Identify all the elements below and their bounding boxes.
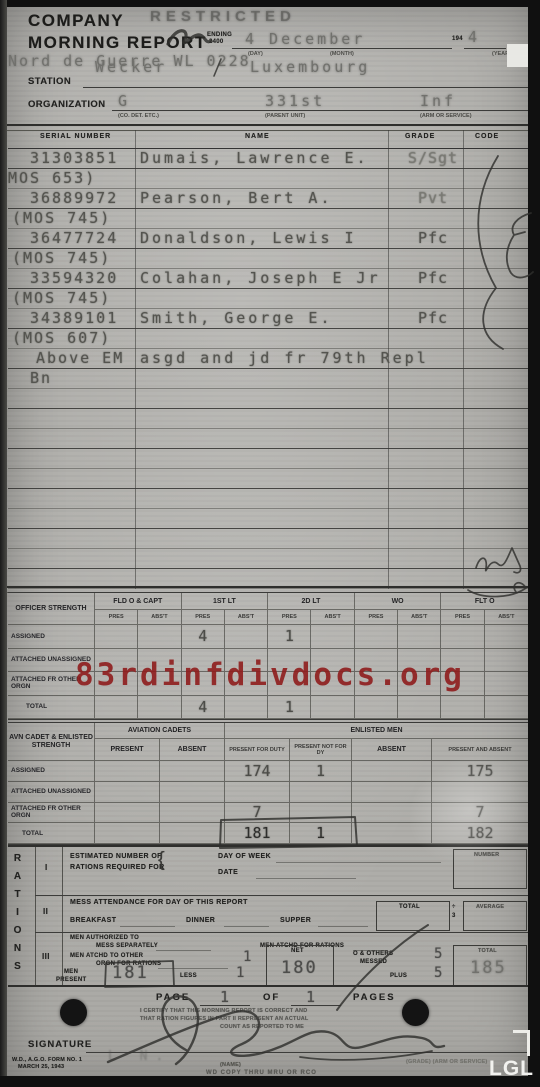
org-sublabel-2: (PARENT UNIT) — [265, 113, 305, 119]
enlisted-cell — [160, 803, 225, 824]
serial-cell: 36889972 — [30, 189, 118, 207]
less-label: LESS — [180, 973, 197, 979]
officer-cell — [441, 649, 484, 673]
serial-cell: 33594320 — [30, 269, 118, 287]
org-arm-value: Inf — [420, 92, 456, 110]
officer-cell — [95, 649, 138, 673]
scan-edge-left — [0, 0, 7, 1087]
enlisted-cell — [95, 782, 160, 803]
officer-strength-table: OFFICER STRENGTH FLD O & CAPT 1ST LT 2D … — [8, 592, 528, 720]
officer-cell — [398, 672, 441, 696]
table-row: Above EM asgd and jd fr 79th Repl — [8, 349, 528, 369]
date-label: DATE — [218, 869, 238, 876]
ending-time: 2400 — [209, 39, 224, 45]
name-cell: Pearson, Bert A. — [140, 189, 333, 207]
rations-total-box: TOTAL 185 — [453, 945, 527, 987]
row-label: TOTAL — [8, 823, 95, 844]
abst-header: ABS'T — [225, 610, 268, 625]
enlisted-strength-table: AVN CADET & ENLISTED STRENGTH AVIATION C… — [8, 722, 528, 845]
year-underline — [464, 48, 506, 49]
remark-cell-left: Above EM — [36, 349, 124, 367]
organization-label: ORGANIZATION — [28, 99, 105, 110]
form-date: MARCH 25, 1943 — [18, 1064, 64, 1070]
header-divider-2 — [388, 130, 389, 148]
grade-sublabel: (GRADE) (ARM OR SERVICE) — [406, 1059, 487, 1065]
enlisted-cell — [290, 803, 352, 824]
enlisted-cell — [95, 761, 160, 782]
officer-cell — [225, 649, 268, 673]
officer-cell: 1 — [268, 696, 311, 720]
officer-group-1stlt: 1ST LT — [182, 593, 269, 610]
aviation-cadets-group: AVIATION CADETS — [95, 723, 225, 739]
officer-cell — [311, 649, 354, 673]
officer-group-fldo: FLD O & CAPT — [95, 593, 182, 610]
rations-divider-2 — [62, 847, 63, 987]
pres-header: PRES — [355, 610, 398, 625]
date-underline — [232, 48, 452, 49]
serial-cell: 36477724 — [30, 229, 118, 247]
row-label: ASSIGNED — [8, 625, 95, 649]
name-cell: Colahan, Joseph E Jr — [140, 269, 381, 287]
officer-cell — [355, 649, 398, 673]
station-country: Luxembourg — [250, 58, 370, 76]
officer-cell — [95, 672, 138, 696]
date-line — [256, 878, 356, 879]
officer-strength-title: OFFICER STRENGTH — [8, 593, 95, 625]
enlisted-cell — [160, 761, 225, 782]
plus-value: 5 — [434, 965, 443, 981]
of-label: OF — [263, 992, 280, 1003]
enlisted-cell: 174 — [225, 761, 290, 782]
row-label: ATTACHED FR OTHER ORGN — [8, 803, 95, 824]
officer-cell — [398, 649, 441, 673]
officer-cell — [138, 696, 181, 720]
officer-cell — [398, 625, 441, 649]
mess-attendance-label: MESS ATTENDANCE FOR DAY OF THIS REPORT — [70, 899, 248, 906]
enlisted-strength-title: AVN CADET & ENLISTED STRENGTH — [8, 723, 95, 761]
part-numeral-2: II — [43, 907, 48, 916]
officer-cell — [441, 672, 484, 696]
officer-cell — [355, 696, 398, 720]
enlisted-cell — [160, 823, 225, 844]
enlisted-cell — [290, 782, 352, 803]
punch-hole-left — [60, 999, 87, 1026]
supper-line — [318, 926, 368, 927]
col-present-and-absent: PRESENT AND ABSENT — [432, 739, 528, 761]
plus-label: PLUS — [390, 973, 407, 979]
page-label: PAGE — [156, 992, 190, 1003]
grade-cell: Pfc — [396, 229, 470, 247]
form-title-line1: COMPANY — [28, 11, 124, 31]
officer-cell — [485, 625, 528, 649]
serial-cell: (MOS 745) — [12, 249, 111, 267]
dinner-label: DINNER — [186, 917, 215, 924]
abst-header: ABS'T — [485, 610, 528, 625]
col-absent: ABSENT — [160, 739, 225, 761]
restricted-stamp: RESTRICTED — [150, 8, 296, 25]
brace-glyph: { — [158, 849, 165, 872]
grade-cell: Pvt — [396, 189, 470, 207]
officer-cell — [398, 696, 441, 720]
total-box-label: TOTAL — [399, 904, 420, 910]
net-value: 180 — [281, 958, 318, 978]
rations-label: ESTIMATED NUMBER OF — [70, 853, 162, 860]
officer-cell — [95, 696, 138, 720]
number-box: NUMBER — [453, 849, 527, 889]
part-numeral-3: III — [42, 952, 50, 961]
roster-table: 31303851 Dumais, Lawrence E. S/Sgt MOS 6… — [8, 148, 528, 589]
col-name: NAME — [245, 133, 270, 140]
officer-cell — [225, 625, 268, 649]
report-date-value: 4 December — [245, 30, 365, 48]
row-label: ATTACHED FR OTHER ORGN — [8, 672, 95, 696]
officer-group-flto: FLT O — [441, 593, 528, 610]
serial-cell: MOS 653) — [8, 169, 96, 187]
col-absent-enlisted: ABSENT — [352, 739, 432, 761]
rations-section: RATIONS I II III ESTIMATED NUMBER OF RAT… — [8, 845, 528, 987]
part-numeral-1: I — [45, 863, 48, 872]
certify-line-2: THAT RATION FIGURES IN PART II REPRESENT… — [140, 1016, 308, 1022]
station-city: Wecker — [95, 58, 167, 76]
officer-cell — [311, 696, 354, 720]
auth-line — [156, 950, 211, 951]
name-sublabel: (NAME) — [220, 1062, 241, 1068]
men-present-value: 181 — [112, 963, 149, 983]
table-row: 36889972 Pearson, Bert A. Pvt — [8, 189, 528, 209]
officer-cell — [441, 696, 484, 720]
pages-underline — [291, 1005, 341, 1006]
certify-line-3: COUNT AS REPORTED TO ME — [220, 1024, 304, 1030]
rations-label: RATIONS REQUIRED FOR — [70, 864, 165, 871]
day-of-week-line — [276, 862, 441, 863]
org-parent-value: 331st — [265, 92, 325, 110]
others-label-1: O & OTHERS — [353, 951, 393, 957]
page-value: 1 — [220, 988, 231, 1006]
col-serial-number: SERIAL NUMBER — [40, 133, 111, 140]
enlisted-cell — [432, 782, 528, 803]
officer-cell: 1 — [268, 625, 311, 649]
form-number: W.D., A.G.O. FORM NO. 1 — [12, 1057, 82, 1063]
header-divider-3 — [463, 130, 464, 148]
org-sublabel-3: (ARM OR SERVICE) — [420, 113, 472, 119]
men-label: MEN — [64, 969, 78, 975]
grade-cell: Pfc — [396, 309, 470, 327]
officer-cell — [355, 625, 398, 649]
row-label: ASSIGNED — [8, 761, 95, 782]
month-sublabel: (MONTH) — [330, 51, 354, 57]
officer-cell — [311, 625, 354, 649]
pres-header: PRES — [182, 610, 225, 625]
col-present-for-duty: PRESENT FOR DUTY — [225, 739, 290, 761]
page-underline — [200, 1005, 250, 1006]
breakfast-label: BREAKFAST — [70, 917, 116, 924]
enlisted-cell — [352, 823, 432, 844]
corner-tag: LGL — [489, 1057, 534, 1081]
col-grade: GRADE — [405, 133, 435, 140]
officer-cell: 4 — [182, 696, 225, 720]
enlisted-cell — [352, 761, 432, 782]
less-value: 1 — [236, 965, 245, 981]
row-label: ATTACHED UNASSIGNED — [8, 782, 95, 803]
present-label: PRESENT — [56, 977, 86, 983]
serial-cell: (MOS 745) — [12, 289, 111, 307]
officer-cell — [485, 672, 528, 696]
serial-cell: (MOS 745) — [12, 209, 111, 227]
total-box: TOTAL — [376, 901, 450, 931]
station-label: STATION — [28, 76, 71, 87]
year-prefix: 194 — [452, 36, 463, 42]
row-label: TOTAL — [8, 696, 95, 720]
average-box-label: AVERAGE — [476, 904, 504, 910]
table-row: (MOS 745) — [8, 249, 528, 269]
others-value: 5 — [434, 946, 443, 962]
enlisted-cell — [352, 803, 432, 824]
remark-cell-left: Bn — [30, 369, 52, 387]
table-row: 34389101 Smith, George E. Pfc — [8, 309, 528, 329]
serial-cell: (MOS 607) — [12, 329, 111, 347]
officer-cell — [182, 649, 225, 673]
signature-label: SIGNATURE — [28, 1039, 92, 1050]
row-label: ATTACHED UNASSIGNED — [8, 649, 95, 673]
enlisted-cell: 181 — [225, 823, 290, 844]
rations-total-value: 185 — [470, 958, 507, 978]
table-row: Bn — [8, 369, 528, 389]
breakfast-line — [120, 926, 175, 927]
scan-edge-right — [528, 0, 540, 1087]
divide-by-three: 3 — [452, 913, 456, 919]
officer-cell — [225, 672, 268, 696]
table-row: 36477724 Donaldson, Lewis I Pfc — [8, 229, 528, 249]
others-label-2: MESSED — [360, 959, 387, 965]
auth-label-1: MEN AUTHORIZED TO — [70, 935, 139, 941]
table-row: MOS 653) — [8, 169, 528, 189]
net-box: NET 180 — [266, 945, 334, 987]
pages-label: PAGES — [353, 992, 396, 1003]
typed-name-line: L N. — [108, 1049, 171, 1064]
table-row: 33594320 Colahan, Joseph E Jr Pfc — [8, 269, 528, 289]
name-cell: Donaldson, Lewis I — [140, 229, 357, 247]
year-value: 4 — [468, 28, 479, 46]
pres-header: PRES — [441, 610, 484, 625]
station-line — [83, 87, 528, 88]
rations-line-2 — [35, 932, 528, 933]
officer-cell — [138, 672, 181, 696]
officer-cell — [95, 625, 138, 649]
table-row: 31303851 Dumais, Lawrence E. S/Sgt — [8, 149, 528, 169]
atchd-other-label-1: MEN ATCHD TO OTHER — [70, 953, 143, 959]
enlisted-cell: 175 — [432, 761, 528, 782]
enlisted-cell: 1 — [290, 823, 352, 844]
ending-label: ENDING — [207, 32, 232, 38]
grade-cell: S/Sgt — [396, 149, 470, 167]
scan-edge-bottom — [0, 1076, 540, 1087]
dinner-line — [224, 926, 269, 927]
corner-bracket-v — [527, 1030, 530, 1056]
scan-edge-top — [0, 0, 540, 7]
table-row: (MOS 745) — [8, 209, 528, 229]
officer-cell — [268, 672, 311, 696]
enlisted-cell — [95, 803, 160, 824]
serial-cell: 34389101 — [30, 309, 118, 327]
form-title-line2: MORNING REPORT — [28, 33, 207, 53]
rations-divider-1 — [35, 847, 36, 987]
net-box-label: NET — [291, 948, 304, 954]
rations-line-1 — [35, 895, 528, 896]
officer-cell — [485, 649, 528, 673]
grade-cell: Pfc — [396, 269, 470, 287]
day-of-week-label: DAY OF WEEK — [218, 853, 271, 860]
section-rule — [6, 124, 530, 131]
enlisted-cell: 182 — [432, 823, 528, 844]
footer-section: PAGE 1 OF 1 PAGES I CERTIFY THAT THIS MO… — [8, 985, 532, 1087]
officer-group-wo: WO — [355, 593, 442, 610]
name-cell: Dumais, Lawrence E. — [140, 149, 369, 167]
abst-header: ABS'T — [311, 610, 354, 625]
divide-symbol: ÷ — [452, 904, 456, 910]
rations-vertical-label: RATIONS — [12, 853, 23, 979]
certify-line-1: I CERTIFY THAT THIS MORNING REPORT IS CO… — [140, 1008, 307, 1014]
name-cell: Smith, George E. — [140, 309, 333, 327]
remark-cell-right: asgd and jd fr 79th Repl — [140, 349, 429, 367]
abst-header: ABS'T — [138, 610, 181, 625]
rations-total-label: TOTAL — [478, 948, 497, 954]
enlisted-men-group: ENLISTED MEN — [225, 723, 528, 739]
table-row: (MOS 745) — [8, 289, 528, 309]
average-box: AVERAGE — [463, 901, 527, 931]
supper-label: SUPPER — [280, 917, 311, 924]
enlisted-cell — [225, 782, 290, 803]
serial-cell: 31303851 — [30, 149, 118, 167]
pages-value: 1 — [306, 988, 317, 1006]
organization-line — [112, 110, 528, 111]
officer-cell — [355, 672, 398, 696]
morning-report-document: RESTRICTED COMPANY MORNING REPORT ENDING… — [0, 0, 540, 1087]
org-sublabel-1: (CO. DET. ETC.) — [118, 113, 159, 119]
atchd-other-value: 1 — [243, 949, 252, 965]
enlisted-cell: 7 — [225, 803, 290, 824]
enlisted-cell — [95, 823, 160, 844]
officer-cell: 4 — [182, 625, 225, 649]
officer-cell — [268, 649, 311, 673]
col-code: CODE — [475, 133, 499, 140]
officer-group-2dlt: 2D LT — [268, 593, 355, 610]
officer-cell — [441, 625, 484, 649]
col-present-not-for-duty: PRESENT NOT FOR DY — [290, 739, 352, 761]
officer-cell — [225, 696, 268, 720]
enlisted-cell: 7 — [432, 803, 528, 824]
table-row: (MOS 607) — [8, 329, 528, 349]
col-present: PRESENT — [95, 739, 160, 761]
atchd-other-line — [158, 968, 228, 969]
number-box-label: NUMBER — [474, 852, 499, 858]
officer-cell — [138, 625, 181, 649]
enlisted-cell — [352, 782, 432, 803]
org-unit-value: G — [118, 92, 130, 110]
auth-label-2: MESS SEPARATELY — [96, 943, 158, 949]
abst-header: ABS'T — [398, 610, 441, 625]
pres-header: PRES — [268, 610, 311, 625]
pres-header: PRES — [95, 610, 138, 625]
enlisted-cell — [160, 782, 225, 803]
header-divider-1 — [135, 130, 136, 148]
officer-cell — [182, 672, 225, 696]
enlisted-cell: 1 — [290, 761, 352, 782]
punch-hole-right — [402, 999, 429, 1026]
officer-cell — [138, 649, 181, 673]
officer-cell — [311, 672, 354, 696]
officer-cell — [485, 696, 528, 720]
